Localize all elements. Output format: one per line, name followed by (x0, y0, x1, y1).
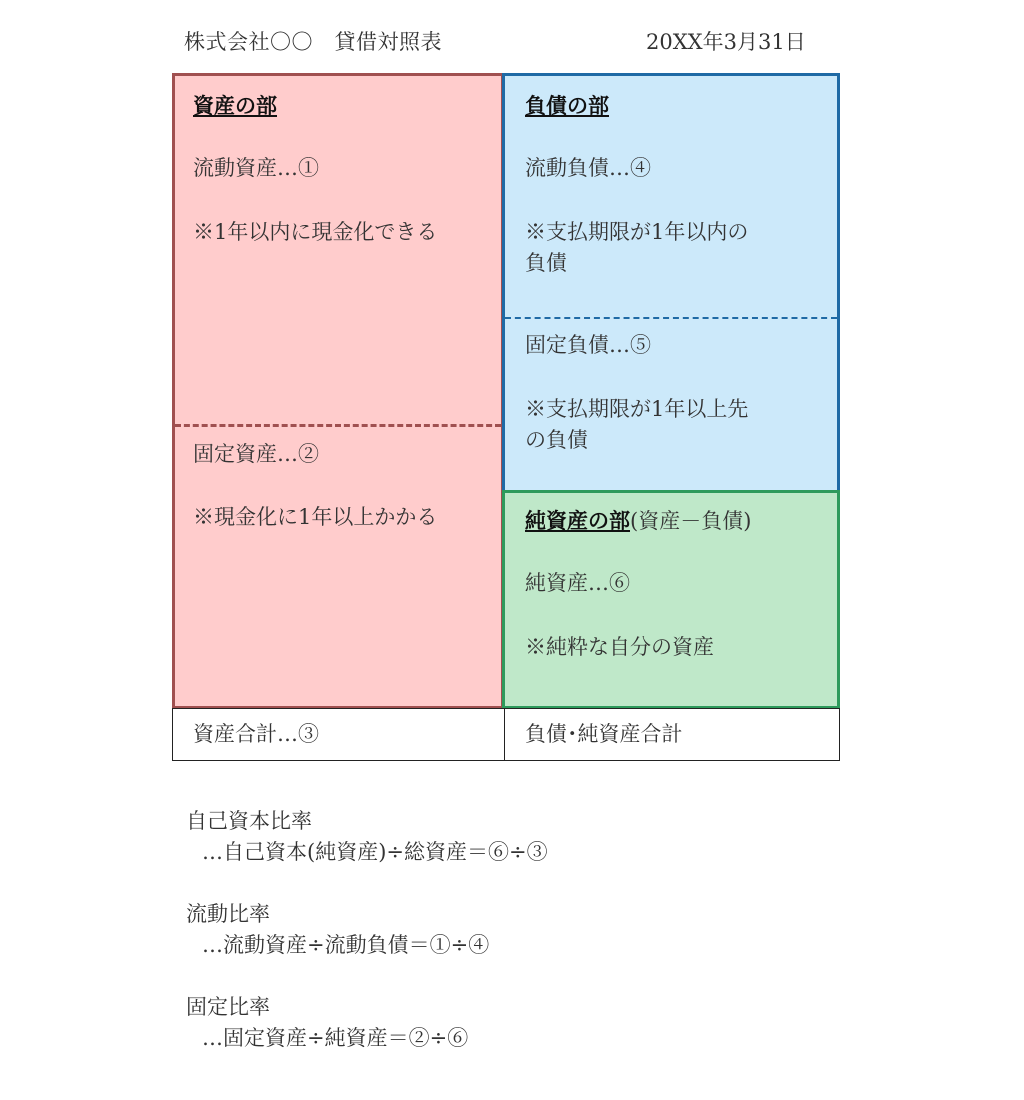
assets-heading: 資産の部 (193, 90, 277, 121)
liabilities-heading: 負債の部 (525, 90, 609, 121)
current-liabilities-label: 流動負債…④ (525, 153, 651, 184)
equity-heading-suffix: (資産－負債) (630, 509, 751, 533)
fixed-liabilities-label: 固定負債…⑤ (525, 330, 651, 361)
current-liabilities-note-1: ※支払期限が1年以内の (525, 217, 748, 248)
current-assets-note: ※1年以内に現金化できる (193, 217, 437, 248)
ratio-item: 自己資本比率 …自己資本(純資産)÷総資産＝⑥÷③ (186, 806, 548, 868)
fixed-liabilities-note-2: の負債 (525, 425, 588, 456)
ratio-formula: …流動資産÷流動負債＝①÷④ (186, 930, 548, 961)
current-liabilities-note-2: 負債 (525, 248, 567, 279)
document-title: 株式会社〇〇 貸借対照表 (184, 26, 442, 56)
ratio-name: 固定比率 (186, 992, 548, 1023)
ratio-item: 固定比率 …固定資産÷純資産＝②÷⑥ (186, 992, 548, 1054)
equity-heading: 純資産の部 (525, 508, 630, 533)
ratios-list: 自己資本比率 …自己資本(純資産)÷総資産＝⑥÷③ 流動比率 …流動資産÷流動負… (186, 806, 548, 1085)
liabilities-divider (505, 317, 837, 319)
ratio-name: 自己資本比率 (186, 806, 548, 837)
ratio-formula: …固定資産÷純資産＝②÷⑥ (186, 1023, 548, 1054)
assets-divider (175, 424, 501, 427)
liabilities-equity-total: 負債･純資産合計 (505, 709, 839, 760)
ratio-name: 流動比率 (186, 899, 548, 930)
liabilities-section: 負債の部 流動負債…④ ※支払期限が1年以内の 負債 固定負債…⑤ ※支払期限が… (502, 73, 840, 493)
equity-heading-row: 純資産の部(資産－負債) (525, 505, 751, 537)
assets-section: 資産の部 流動資産…① ※1年以内に現金化できる 固定資産…② ※現金化に1年以… (172, 73, 504, 709)
fixed-liabilities-note-1: ※支払期限が1年以上先 (525, 394, 748, 425)
current-assets-label: 流動資産…① (193, 153, 319, 184)
totals-row: 資産合計…③ 負債･純資産合計 (172, 708, 840, 761)
equity-note: ※純粋な自分の資産 (525, 632, 714, 663)
assets-total: 資産合計…③ (173, 709, 505, 760)
ratio-formula: …自己資本(純資産)÷総資産＝⑥÷③ (186, 837, 548, 868)
ratio-item: 流動比率 …流動資産÷流動負債＝①÷④ (186, 899, 548, 961)
equity-section: 純資産の部(資産－負債) 純資産…⑥ ※純粋な自分の資産 (502, 490, 840, 709)
equity-label: 純資産…⑥ (525, 568, 630, 599)
document-date: 20XX年3月31日 (646, 26, 806, 56)
fixed-assets-note: ※現金化に1年以上かかる (193, 502, 437, 533)
fixed-assets-label: 固定資産…② (193, 439, 319, 470)
